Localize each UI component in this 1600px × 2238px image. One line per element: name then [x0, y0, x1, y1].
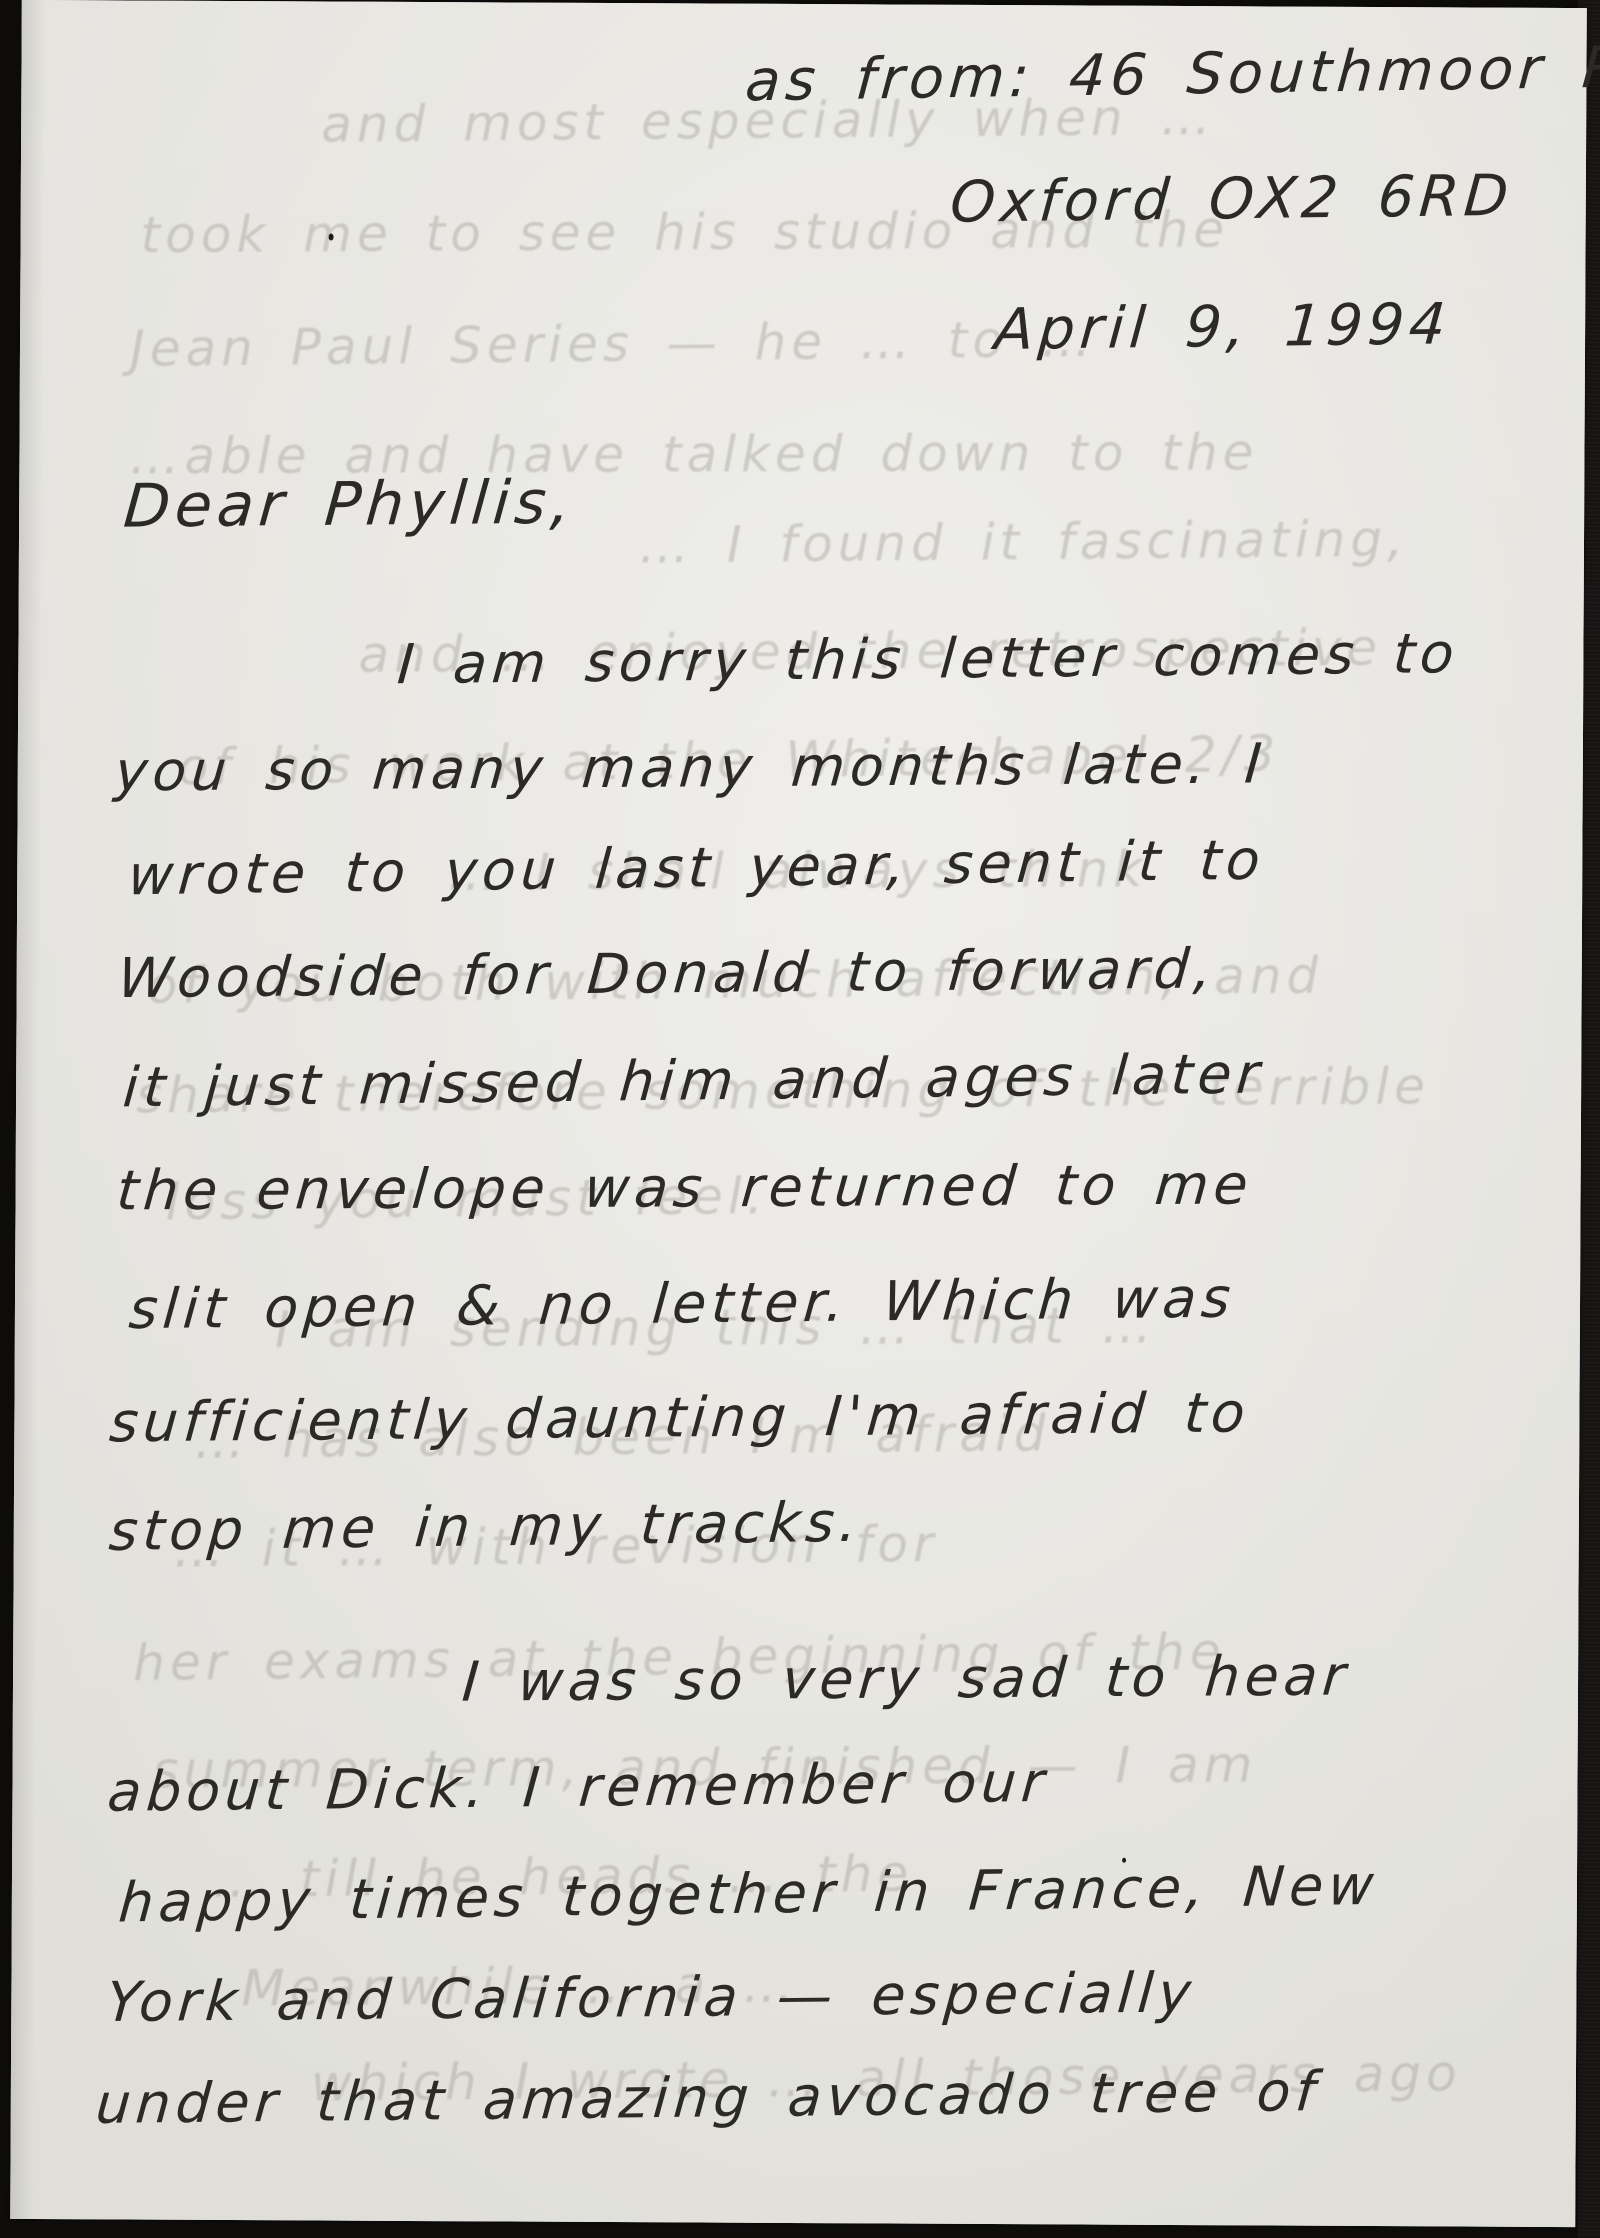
letter-page: and most especially when … took me to se…: [10, 0, 1587, 2227]
letter-line: I am sorry this letter comes to: [395, 621, 1461, 696]
letter-line: York and California — especially: [104, 1961, 1198, 2034]
scan-speck: [329, 234, 334, 241]
bleedthrough-line: … I found it fascinating,: [639, 510, 1408, 575]
scan-speck: [1122, 1858, 1126, 1863]
salutation: Dear Phyllis,: [121, 468, 578, 542]
letter-line: slit open & no letter. Which was: [127, 1266, 1238, 1342]
letter-line: about Dick. I remember our: [105, 1750, 1051, 1824]
letter-line: under that amazing avocado tree of: [94, 2059, 1323, 2136]
return-address-line-2: Oxford OX2 6RD: [948, 163, 1516, 236]
letter-line: you so many many months late. I: [113, 731, 1269, 803]
letter-line: I was so very sad to hear: [460, 1643, 1353, 1713]
letter-line: sufficiently daunting I'm afraid to: [107, 1380, 1252, 1454]
letter-line: stop me in my tracks.: [107, 1490, 864, 1563]
return-address-line-1: as from: 46 Southmoor Rd: [743, 34, 1600, 114]
letter-line: Woodside for Donald to forward,: [116, 937, 1219, 1011]
bleedthrough-line: Jean Paul Series — he … to …: [130, 310, 1096, 378]
date-line: April 9, 1994: [992, 291, 1453, 363]
letter-line: the envelope was returned to me: [114, 1152, 1255, 1222]
